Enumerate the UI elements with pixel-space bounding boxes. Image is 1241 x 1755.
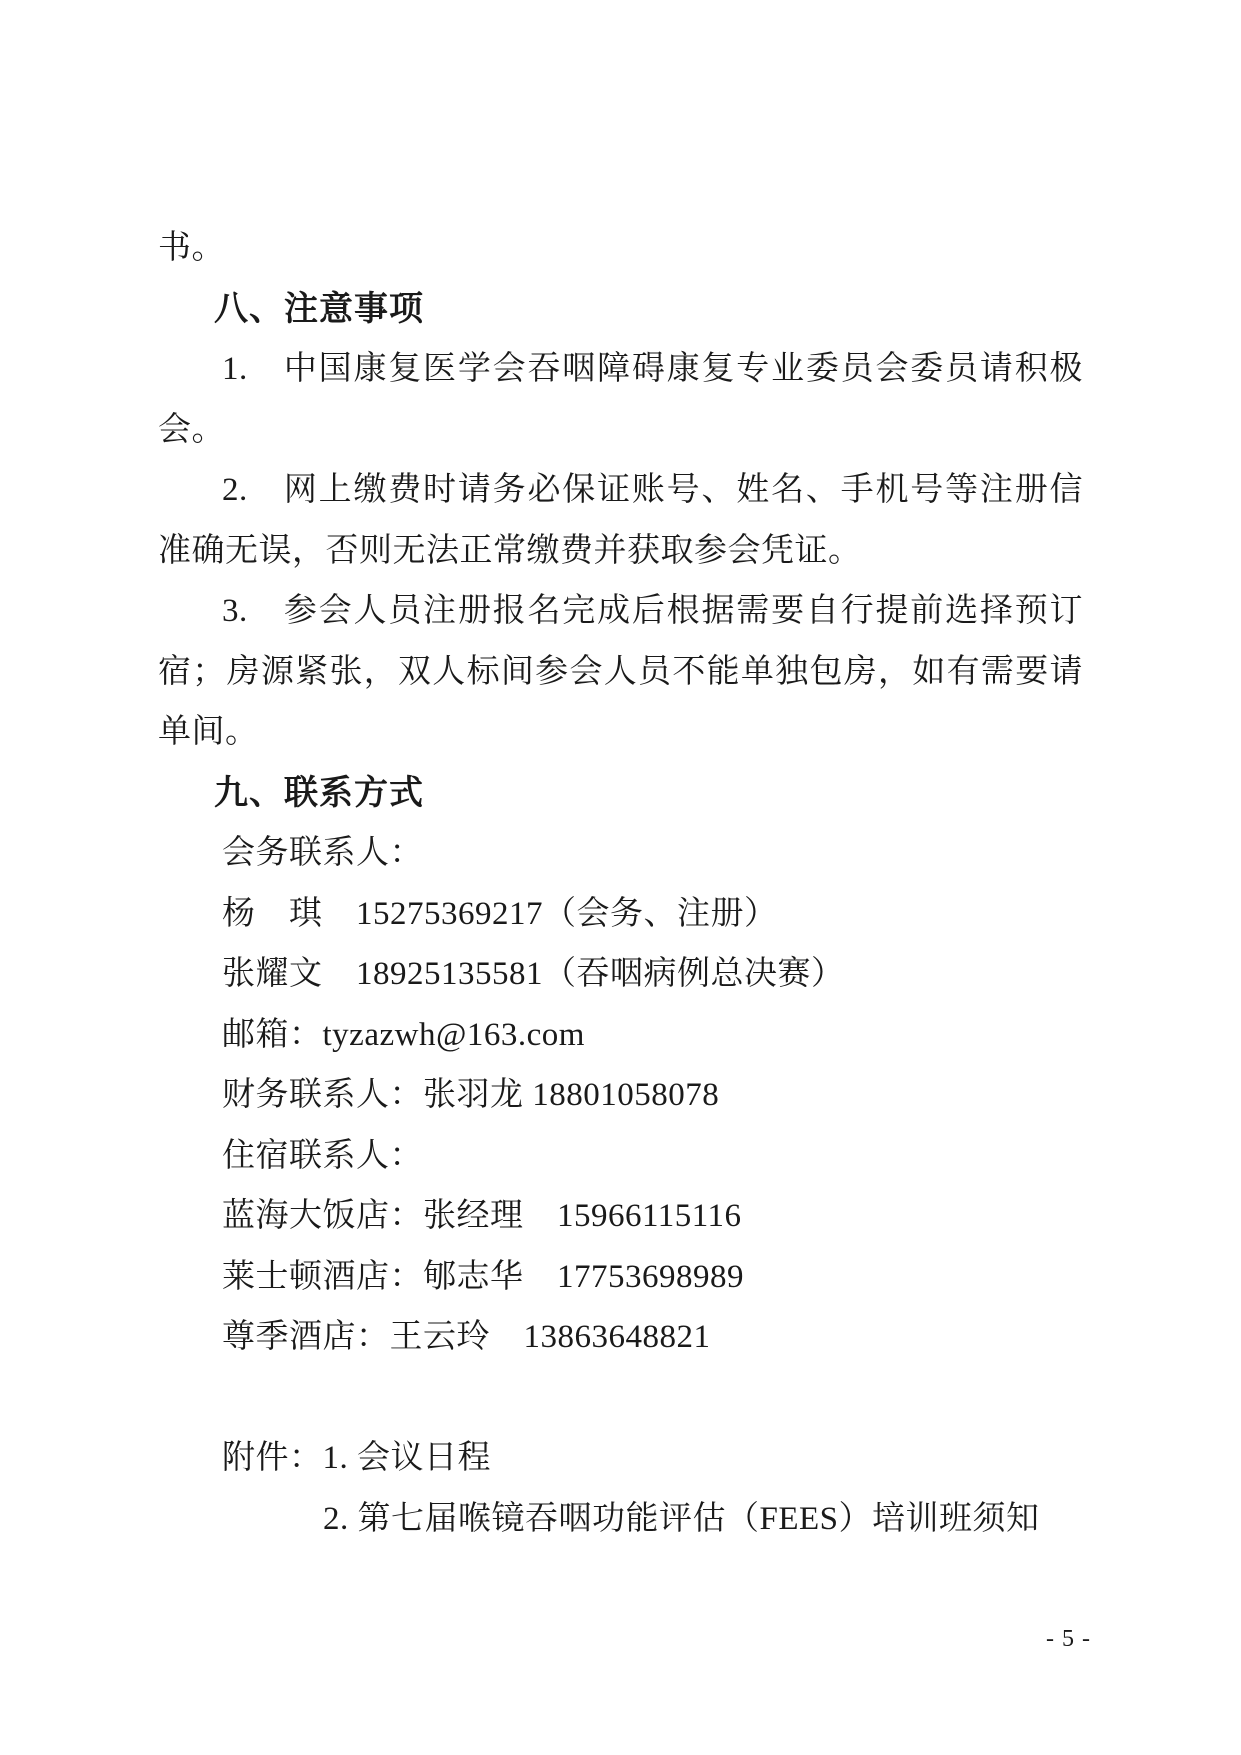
hotel-lanhai-line: 蓝海大饭店：张经理 15966115116 <box>158 1186 1083 1247</box>
attachments-line1: 附件：1. 会议日程 <box>158 1428 1083 1489</box>
intro-tail-line: 书。 <box>158 218 1083 279</box>
document-body: 书。 八、注意事项 1. 中国康复医学会吞咽障碍康复专业委员会委员请积极参 会。… <box>158 218 1083 1549</box>
accommodation-contact-label: 住宿联系人： <box>158 1126 1083 1187</box>
hotel-zunji-line: 尊季酒店：王云玲 13863648821 <box>158 1307 1083 1368</box>
note3-line1: 3. 参会人员注册报名完成后根据需要自行提前选择预订住 <box>158 581 1083 642</box>
finance-contact-line: 财务联系人：张羽龙 18801058078 <box>158 1065 1083 1126</box>
page-number: - 5 - <box>1046 1626 1091 1653</box>
contact-email: 邮箱：tyzazwh@163.com <box>158 1005 1083 1066</box>
note2-line2: 准确无误，否则无法正常缴费并获取参会凭证。 <box>158 521 1083 582</box>
note3-line3: 单间。 <box>158 702 1083 763</box>
contact-yang-qi: 杨 琪 15275369217（会务、注册） <box>158 884 1083 945</box>
contact-section-heading: 九、联系方式 <box>158 763 1083 824</box>
hotel-laishidun-line: 莱士顿酒店：郇志华 17753698989 <box>158 1247 1083 1308</box>
note1-line1: 1. 中国康复医学会吞咽障碍康复专业委员会委员请积极参 <box>158 339 1083 400</box>
notes-section-heading: 八、注意事项 <box>158 279 1083 340</box>
attachments-line2: 2. 第七届喉镜吞咽功能评估（FEES）培训班须知 <box>158 1489 1083 1550</box>
note1-line2: 会。 <box>158 400 1083 461</box>
note2-line1: 2. 网上缴费时请务必保证账号、姓名、手机号等注册信息 <box>158 460 1083 521</box>
contact-zhang-yaowen: 张耀文 18925135581（吞咽病例总决赛） <box>158 944 1083 1005</box>
document-page: { "page": { "page_number": "- 5 -" }, "l… <box>0 0 1241 1755</box>
conference-contact-label: 会务联系人： <box>158 823 1083 884</box>
note3-line2: 宿；房源紧张，双人标间参会人员不能单独包房，如有需要请订 <box>158 642 1083 703</box>
blank-line <box>158 1368 1083 1429</box>
